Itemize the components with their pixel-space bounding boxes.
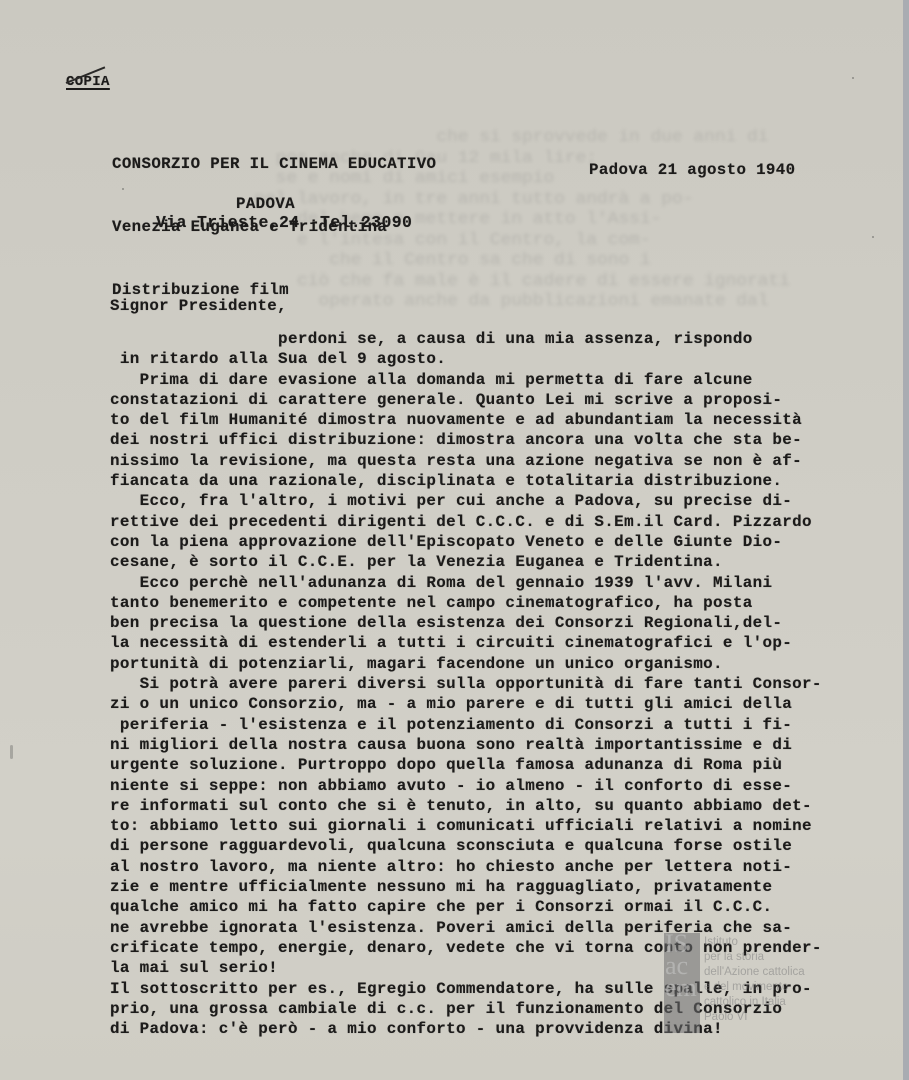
- paper-speck: [872, 236, 874, 238]
- watermark-line: dell'Azione cattolica: [704, 965, 805, 980]
- letter-body-line: Si potrà avere pareri diversi sulla oppo…: [110, 674, 822, 694]
- salutation: Signor Presidente,: [110, 297, 287, 315]
- letter-body-line: fiancata da una razionale, disciplinata …: [110, 471, 822, 491]
- letter-body-line: Ecco perchè nell'adunanza di Roma del ge…: [110, 573, 822, 593]
- letter-date: Padova 21 agosto 1940: [589, 161, 795, 179]
- watermark-line: e del movimento: [704, 980, 805, 995]
- watermark-line: cattolico in Italia: [704, 995, 805, 1010]
- letter-body-line: cesane, è sorto il C.C.E. per la Venezia…: [110, 552, 822, 572]
- letter-body-line: ni migliori della nostra causa buona son…: [110, 735, 822, 755]
- letter-body-line: di persone ragguardevoli, qualcuna scons…: [110, 836, 822, 856]
- letterhead-organization: CONSORZIO PER IL CINEMA EDUCATIVO: [112, 154, 436, 175]
- letter-body-line: zie e mentre ufficialmente nessuno mi ha…: [110, 877, 822, 897]
- letter-body-line: in ritardo alla Sua del 9 agosto.: [110, 349, 822, 369]
- letter-body-line: zi o un unico Consorzio, ma - a mio pare…: [110, 694, 822, 714]
- letter-body-line: qualche amico mi ha fatto capire che per…: [110, 897, 822, 917]
- letter-body-line: Prima di dare evasione alla domanda mi p…: [110, 370, 822, 390]
- letter-body-line: dei nostri uffici distribuzione: dimostr…: [110, 430, 822, 450]
- watermark-line: Istituto: [704, 935, 805, 950]
- letter-body-line: periferia - l'esistenza e il potenziamen…: [110, 715, 822, 735]
- copy-stamp: COPIA: [66, 74, 110, 90]
- watermark-text: Istitutoper la storiadell'Azione cattoli…: [704, 935, 805, 1025]
- letter-body-line: ben precisa la questione della esistenza…: [110, 613, 822, 633]
- letter-body-line: al nostro lavoro, ma niente altro: ho ch…: [110, 857, 822, 877]
- scanned-letter-page: che si sprovvede in due anni di pos anch…: [0, 0, 903, 1080]
- letterhead-address: Via Trieste,24 -Tel.23090: [156, 213, 412, 232]
- watermark-logo-letters: IS ac em: [665, 933, 705, 999]
- letter-body-line: niente si seppe: non abbiamo avuto - io …: [110, 776, 822, 796]
- letter-body-line: re informati sul conto che si è tenuto, …: [110, 796, 822, 816]
- letter-body-line: nissimo la revisione, ma questa resta un…: [110, 451, 822, 471]
- letterhead-city: PADOVA: [236, 195, 295, 213]
- letter-body-line: Ecco, fra l'altro, i motivi per cui anch…: [110, 491, 822, 511]
- letter-body-line: to del film Humanité dimostra nuovamente…: [110, 410, 822, 430]
- letter-body-line: con la piena approvazione dell'Episcopat…: [110, 532, 822, 552]
- letter-body-line: portunità di potenziarli, magari facendo…: [110, 654, 822, 674]
- archive-watermark: IS ac em Istitutoper la storiadell'Azion…: [664, 933, 814, 1053]
- letter-body-line: urgente soluzione. Purtroppo dopo quella…: [110, 755, 822, 775]
- letter-body-line: la necessità di estenderli a tutti i cir…: [110, 633, 822, 653]
- scan-edge: [903, 0, 909, 1080]
- paper-mark: [10, 745, 13, 759]
- letter-body-line: perdoni se, a causa di una mia assenza, …: [110, 329, 822, 349]
- letter-body-line: to: abbiamo letto sui giornali i comunic…: [110, 816, 822, 836]
- watermark-line: Paolo VI: [704, 1010, 805, 1025]
- paper-speck: [122, 188, 124, 190]
- letter-body-line: constatazioni di carattere generale. Qua…: [110, 390, 822, 410]
- letter-body-line: rettive dei precedenti dirigenti del C.C…: [110, 512, 822, 532]
- watermark-line: per la storia: [704, 950, 805, 965]
- paper-speck: [852, 77, 854, 79]
- letter-body-line: tanto benemerito e competente nel campo …: [110, 593, 822, 613]
